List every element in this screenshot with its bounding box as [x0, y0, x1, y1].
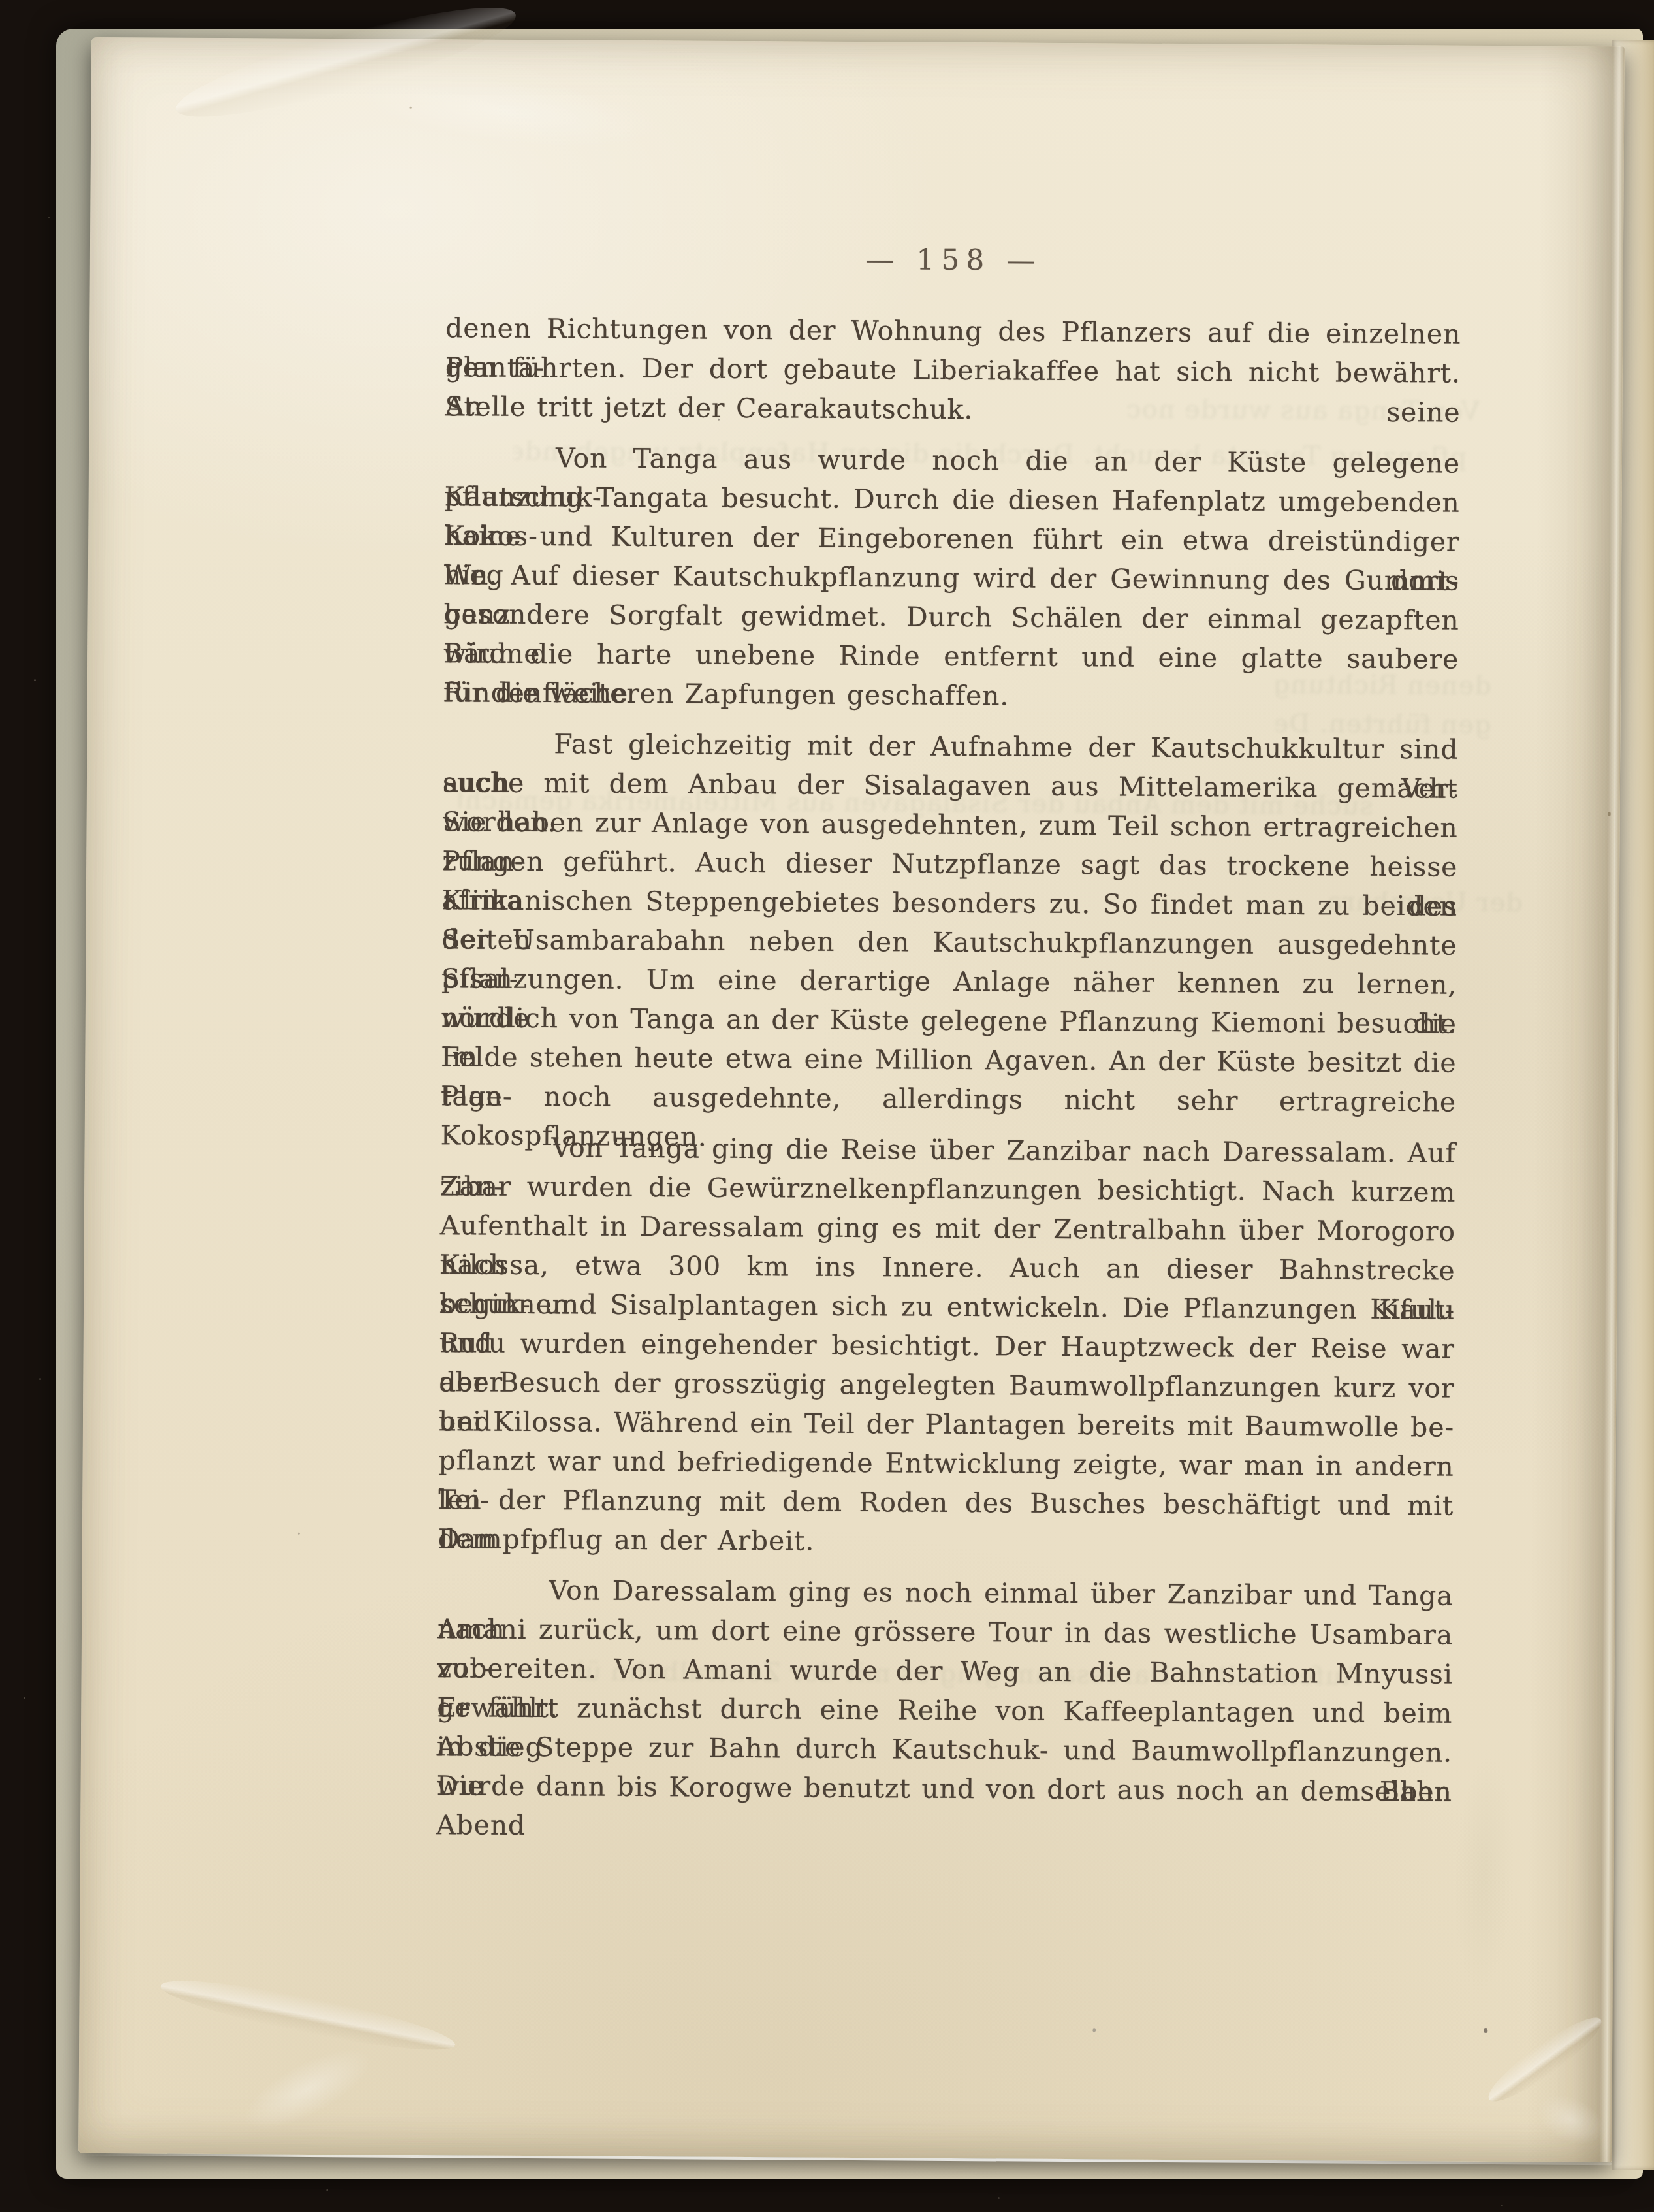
paper-speck: [409, 107, 412, 109]
text-line: schuk- und Sisalplantagen sich zu entwic…: [439, 1284, 1455, 1329]
text-line: wurde dann bis Korogwe benutzt und von d…: [436, 1766, 1452, 1811]
text-line: wird die harte unebene Rinde entfernt un…: [443, 633, 1459, 679]
paragraph: Von Tanga aus wurde noch die an der Küst…: [443, 438, 1461, 718]
text-line: gen führten. Der dort gebaute Liberiakaf…: [445, 347, 1461, 393]
page-number: — 158 —: [446, 240, 1461, 280]
text-line: pflanzt war und befriedigende Entwicklun…: [438, 1441, 1454, 1486]
text-line: zibar wurden die Gewürznelkenpflanzungen…: [440, 1166, 1455, 1211]
text-line: suche mit dem Anbau der Sisalagaven aus …: [443, 763, 1458, 808]
text-line: Felde stehen heute etwa eine Million Aga…: [441, 1037, 1456, 1082]
paper-crease: [168, 0, 523, 136]
text-line: zungen geführt. Auch dieser Nutzpflanze …: [442, 841, 1457, 886]
paper-speck: [1092, 2028, 1096, 2032]
paragraph: Fast gleichzeitig mit der Aufnahme der K…: [441, 724, 1459, 1121]
dust-speck: [34, 679, 36, 681]
text-line: für die weiteren Zapfungen geschaffen.: [443, 673, 1459, 718]
dust-speck: [24, 1697, 25, 1699]
dust-speck: [326, 2189, 328, 2191]
text-line: pflanzung Tangata besucht. Durch die die…: [444, 477, 1459, 522]
text-line: Kilossa, etwa 300 km ins Innere. Auch an…: [439, 1245, 1455, 1290]
paragraph: denen Richtungen von der Wohnung des Pfl…: [445, 308, 1461, 432]
text-line: Aufenthalt in Daressalam ging es mit der…: [440, 1206, 1455, 1251]
text-line: len der Pflanzung mit dem Roden des Busc…: [438, 1480, 1454, 1525]
text-line: tage noch ausgedehnte, allerdings nicht …: [441, 1076, 1456, 1121]
text-line: besondere Sorgfalt gewidmet. Durch Schäl…: [443, 594, 1459, 639]
body-text: denen Richtungen von der Wohnung des Pfl…: [436, 308, 1461, 1823]
text-line: der Besuch der grosszügig angelegten Bau…: [439, 1362, 1454, 1407]
paper-stain: [1439, 1716, 1530, 2033]
text-line: haine und Kulturen der Eingeborenen führ…: [444, 516, 1459, 561]
text-line: Von Tanga ging die Reise über Zanzibar n…: [440, 1127, 1455, 1172]
text-line: bei Kilossa. Während ein Teil der Planta…: [439, 1402, 1454, 1447]
page-fold-shadow: [1527, 46, 1625, 2162]
book-page: Von Tanga aus wurde noch die an der Küst…: [78, 37, 1625, 2162]
text-line: Amani zurück, um dort eine grössere Tour…: [437, 1609, 1453, 1654]
text-line: hin. Auf dieser Kautschukpflanzung wird …: [444, 555, 1459, 600]
text-line: nördlich von Tanga an der Küste gelegene…: [441, 998, 1457, 1043]
text-line: Er führt zunächst durch eine Reihe von K…: [437, 1688, 1452, 1733]
paper-crease: [202, 2009, 412, 2170]
paper-crease: [157, 1968, 459, 2062]
dust-speck: [48, 217, 50, 218]
text-line: der Usambarabahn neben den Kautschukpfla…: [441, 920, 1457, 965]
text-line: Von Daressalam ging es noch einmal über …: [437, 1570, 1453, 1615]
text-line: in die Steppe zur Bahn durch Kautschuk- …: [437, 1727, 1452, 1772]
paper-crease: [322, 46, 695, 177]
text-line: Sie haben zur Anlage von ausgedehnten, z…: [442, 802, 1457, 847]
paragraph: Von Tanga ging die Reise über Zanzibar n…: [438, 1127, 1456, 1564]
dust-speck: [39, 1378, 41, 1380]
paper-speck: [298, 1533, 300, 1535]
text-line: Rufu wurden eingehender besichtigt. Der …: [439, 1323, 1455, 1368]
paragraph: Von Daressalam ging es noch einmal über …: [436, 1570, 1453, 1811]
text-line: Fast gleichzeitig mit der Aufnahme der K…: [443, 724, 1458, 769]
paper-speck: [1484, 2028, 1487, 2033]
text-line: denen Richtungen von der Wohnung des Pfl…: [445, 308, 1461, 353]
text-line: Dampfpflug an der Arbeit.: [438, 1519, 1454, 1564]
text-line: Von Tanga aus wurde noch die an der Küst…: [445, 438, 1460, 483]
dust-speck: [1501, 2205, 1503, 2206]
dust-speck: [998, 2197, 1000, 2199]
text-line: zubereiten. Von Amani wurde der Weg an d…: [437, 1648, 1452, 1693]
text-line: afrikanischen Steppengebietes besonders …: [442, 880, 1457, 925]
text-line: pflanzungen. Um eine derartige Anlage nä…: [441, 959, 1457, 1004]
